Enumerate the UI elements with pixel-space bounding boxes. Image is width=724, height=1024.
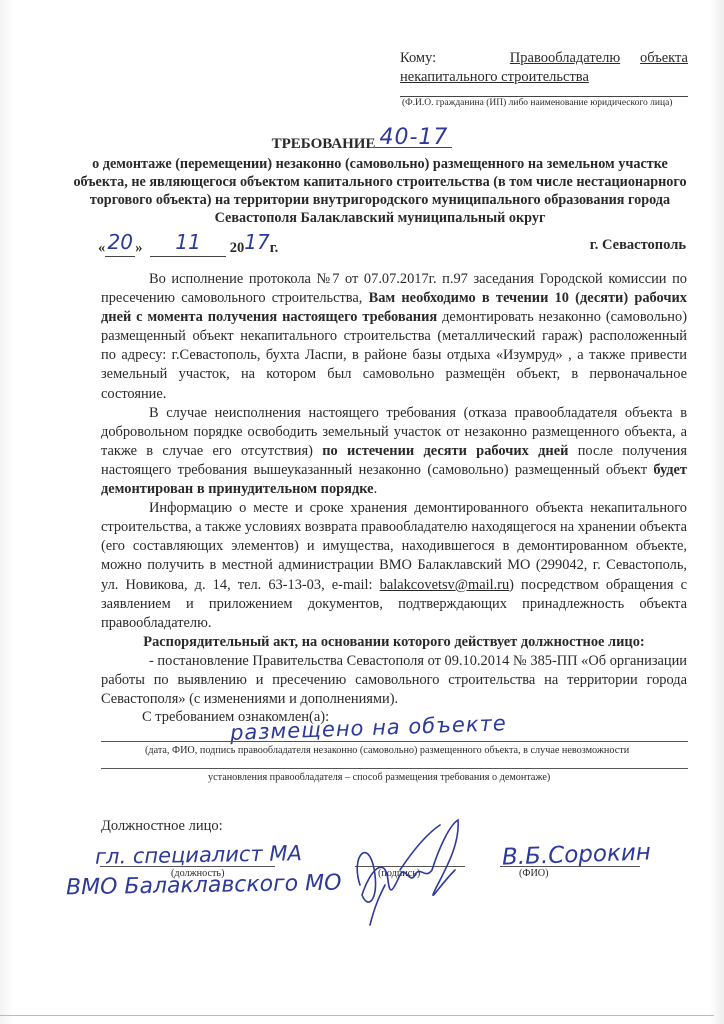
addressee-block: Кому: Правообладателю объекта некапиталь… [400,49,688,87]
position-rule [100,866,275,867]
date-close-quote: » [135,240,142,256]
addressee-caption: (Ф.И.О. гражданина (ИП) либо наименовани… [402,98,672,108]
email-link[interactable]: balakcovetsv@mail.ru [380,577,510,593]
acknowledgement-caption-2: установления правообладателя – способ ра… [208,772,550,783]
addressee-word1: Правообладателю [510,49,620,68]
name-rule [500,866,640,867]
paragraph-1: Во исполнение протокола №7 от 07.07.2017… [101,270,687,404]
paragraph-2: В случае неисполнения настоящего требова… [101,404,687,499]
document-page: Кому: Правообладателю объекта некапиталь… [0,0,724,1024]
official-position-handwritten-2: ВМО Балаклавского МО [66,871,342,901]
signature-scribble-icon [340,815,480,935]
document-body: Во исполнение протокола №7 от 07.07.2017… [101,270,687,709]
page-bottom-edge [0,1015,714,1016]
title-number-handwritten: 40-17 [375,129,452,148]
official-position-handwritten-1: гл. специалист МА [95,841,302,869]
addressee-word2: объекта [640,49,688,68]
date-open-quote: « [98,240,105,256]
acknowledgement-caption-1: (дата, ФИО, подпись правообладателя неза… [145,745,629,756]
date-year-end: г. [270,240,279,256]
document-subtitle: о демонтаже (перемещении) незаконно (сам… [70,155,690,227]
date-year-prefix: 20 [230,240,245,256]
date-row: «20» 11 2017г. г. Севастополь [98,233,686,257]
title-label: ТРЕБОВАНИЕ [272,136,376,152]
name-caption: (ФИО) [519,868,549,879]
addressee-line2: некапитального строительства [400,68,688,87]
addressee-label: Кому: [400,49,490,68]
date-year-suffix: 17 [244,230,269,254]
acknowledgement-rule-1 [101,741,688,742]
date-month: 11 [150,237,226,257]
official-label: Должностное лицо: [101,818,223,835]
document-title: ТРЕБОВАНИЕ40-17 [0,133,724,153]
date-day: 20 [105,237,135,257]
addressee-rule [400,96,688,97]
legal-basis-heading: Распорядительный акт, на основании котор… [101,633,687,652]
city: г. Севастополь [590,237,686,254]
acknowledgement-rule-2 [101,768,688,769]
legal-basis-text: - постановление Правительства Севастопол… [101,652,687,709]
paragraph-3: Информацию о месте и сроке хранения демо… [101,499,687,633]
